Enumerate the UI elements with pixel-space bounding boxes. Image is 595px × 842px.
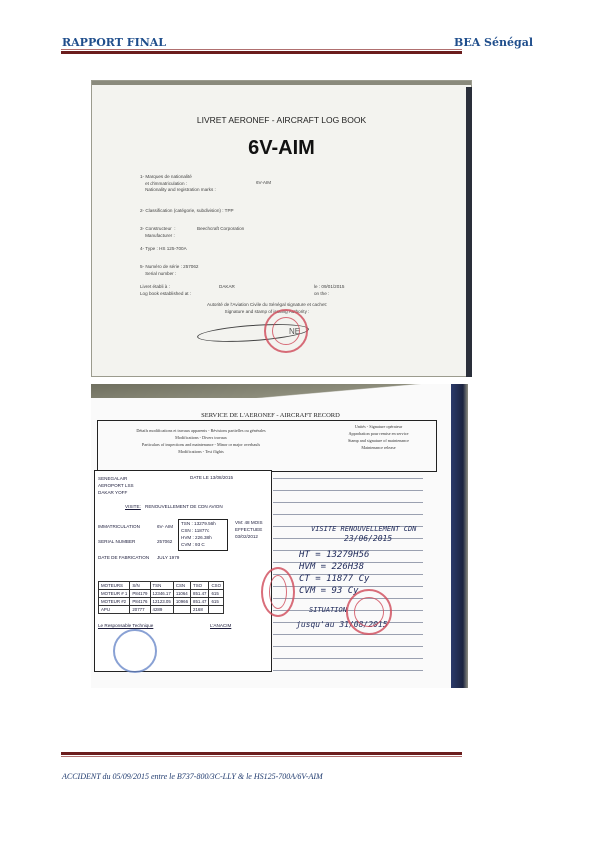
field-manufacturer-value: Beechcraft Corporation: [197, 226, 244, 233]
col-header: TSN: [150, 582, 173, 590]
technical-manager-label: Le Responsable Technique: [98, 623, 153, 628]
authority-label: Autorité de l'Aviation Civile du Sénégal…: [207, 302, 327, 315]
cell: 12123.05: [150, 598, 173, 606]
field-classification: 2- Classification (catégorie, subdivisio…: [140, 208, 234, 215]
caa-stamp: [264, 309, 308, 353]
record-header-left: Détails modifications et travaux apparen…: [106, 427, 296, 455]
field-nationality-label: 1- Marques de nationalité et d'immatricu…: [140, 174, 216, 194]
card-date: DATE LE 13/08/2015: [190, 475, 233, 480]
cell: 20777: [130, 606, 150, 614]
table-row: APU 20777 4289 2168: [99, 606, 224, 614]
csn-value: CSN : 11877c: [181, 528, 209, 533]
handwritten-situation: SITUATION: [309, 606, 347, 614]
field-type: 4- Type : HS 125-700A: [140, 246, 187, 253]
cell: 10966: [173, 598, 190, 606]
cell: 615: [209, 598, 224, 606]
cell: [173, 606, 190, 614]
cell: P84176: [130, 598, 150, 606]
field-serial: 5- Numéro de série : 257062 Serial numbe…: [140, 264, 198, 277]
anacim-label: L'ANACIM: [210, 623, 231, 628]
cell: 2168: [191, 606, 209, 614]
report-header-organization: BEA Sénégal: [454, 36, 533, 49]
footer-rule-thin: [61, 756, 462, 757]
cell: MOTEUR # 1: [99, 590, 130, 598]
anacim-stamp: [346, 589, 392, 635]
col-header: CSN: [173, 582, 190, 590]
field-nationality-value: 6V-AIM: [256, 180, 271, 187]
hvm-value: HVM : 226.38h: [181, 535, 212, 540]
established-label: Livret établi à : Log book established a…: [140, 284, 191, 297]
company-line-3: DAKAR YOFF: [98, 490, 127, 495]
vm-label: VM: 48 MOIS: [235, 520, 263, 525]
tsn-value: TSN : 13279.56h: [181, 521, 216, 526]
table-row: MOTEUR # 1 P84179 12346.17 11064 851.47 …: [99, 590, 224, 598]
fabrication-value: JULY 1979: [157, 555, 179, 560]
logbook-title: LIVRET AERONEF - AIRCRAFT LOG BOOK: [92, 115, 471, 125]
vm-status: EFFECTUEE: [235, 527, 262, 532]
vm-date: 03/02/2012: [235, 534, 258, 539]
header-rule-thick: [61, 51, 462, 54]
field-manufacturer-label: 3- Constructeur : Manufacturer :: [140, 226, 176, 239]
serial-value: 257062: [157, 539, 172, 544]
serial-label: SERIAL NUMBER: [98, 539, 135, 544]
report-header-title: RAPPORT FINAL: [62, 36, 166, 49]
logbook-cover-scan: LIVRET AERONEF - AIRCRAFT LOG BOOK 6V-AI…: [91, 80, 472, 377]
cvm-value: CVM : 93 C: [181, 542, 205, 547]
record-header-box: Détails modifications et travaux apparen…: [97, 420, 437, 472]
engine-table: MOTEURS S/N TSN CSN TSO CSO MOTEUR # 1 P…: [98, 581, 224, 614]
header-rule-thin: [61, 49, 462, 50]
established-date: le : 09/01/2015 on the :: [314, 284, 344, 297]
hours-box: TSN : 13279.56h CSN : 11877c HVM : 226.3…: [178, 519, 228, 551]
handwritten-date: 23/06/2015: [344, 534, 392, 543]
anacim-stamp-partial: [261, 567, 295, 617]
logbook-spine: [451, 384, 468, 688]
col-header: TSO: [191, 582, 209, 590]
signature-text: NE: [289, 329, 300, 336]
handwritten-visit: VISITE RENOUVELLEMENT CDN: [311, 525, 416, 533]
cell: 851.47: [191, 590, 209, 598]
established-place: DAKAR: [219, 284, 235, 291]
handwritten-ct: CT = 11877 Cy: [299, 574, 369, 584]
technical-control-stamp: [113, 629, 157, 673]
logbook-registration: 6V-AIM: [92, 137, 471, 160]
company-line-1: SENEGALAIR: [98, 476, 127, 481]
cell: [209, 606, 224, 614]
handwritten-ht: HT = 13279H56: [299, 550, 369, 560]
footer-rule-thick: [61, 752, 462, 755]
table-row: MOTEUR #2 P84176 12123.05 10966 851.47 6…: [99, 598, 224, 606]
scan-edge: [466, 87, 472, 377]
fabrication-label: DATE DE FABRICATION: [98, 555, 149, 560]
scan-shadow: [91, 384, 468, 398]
handwritten-cvm: CVM = 93 Cy: [299, 586, 359, 596]
footer-accident-reference: ACCIDENT du 05/09/2015 entre le B737-800…: [62, 772, 323, 781]
col-header: S/N: [130, 582, 150, 590]
cell: 4289: [150, 606, 173, 614]
cell: MOTEUR #2: [99, 598, 130, 606]
cell: APU: [99, 606, 130, 614]
col-header: MOTEURS: [99, 582, 130, 590]
engine-table-header: MOTEURS S/N TSN CSN TSO CSO: [99, 582, 224, 590]
cell: 851.47: [191, 598, 209, 606]
company-line-2: AEROPORT LSS: [98, 483, 134, 488]
handwritten-hvm: HVM = 226H38: [299, 562, 364, 572]
immatriculation-value: 6V- AIM: [157, 524, 173, 529]
aircraft-record-scan: SERVICE DE L'AERONEF - AIRCRAFT RECORD D…: [91, 384, 468, 688]
record-header-right: Unités - Signature opérateur Approbation…: [326, 423, 431, 451]
cell: 12346.17: [150, 590, 173, 598]
record-title: SERVICE DE L'AERONEF - AIRCRAFT RECORD: [91, 412, 450, 419]
cdn-visit-card: SENEGALAIR AEROPORT LSS DAKAR YOFF DATE …: [94, 470, 272, 672]
cell: 11064: [173, 590, 190, 598]
col-header: CSO: [209, 582, 224, 590]
visit-label: VISITE:: [125, 504, 141, 509]
immatriculation-label: IMMATRICULATION: [98, 524, 140, 529]
visit-value: RENOUVELLEMENT DE CDN AVION: [145, 504, 223, 509]
cell: P84179: [130, 590, 150, 598]
cell: 615: [209, 590, 224, 598]
